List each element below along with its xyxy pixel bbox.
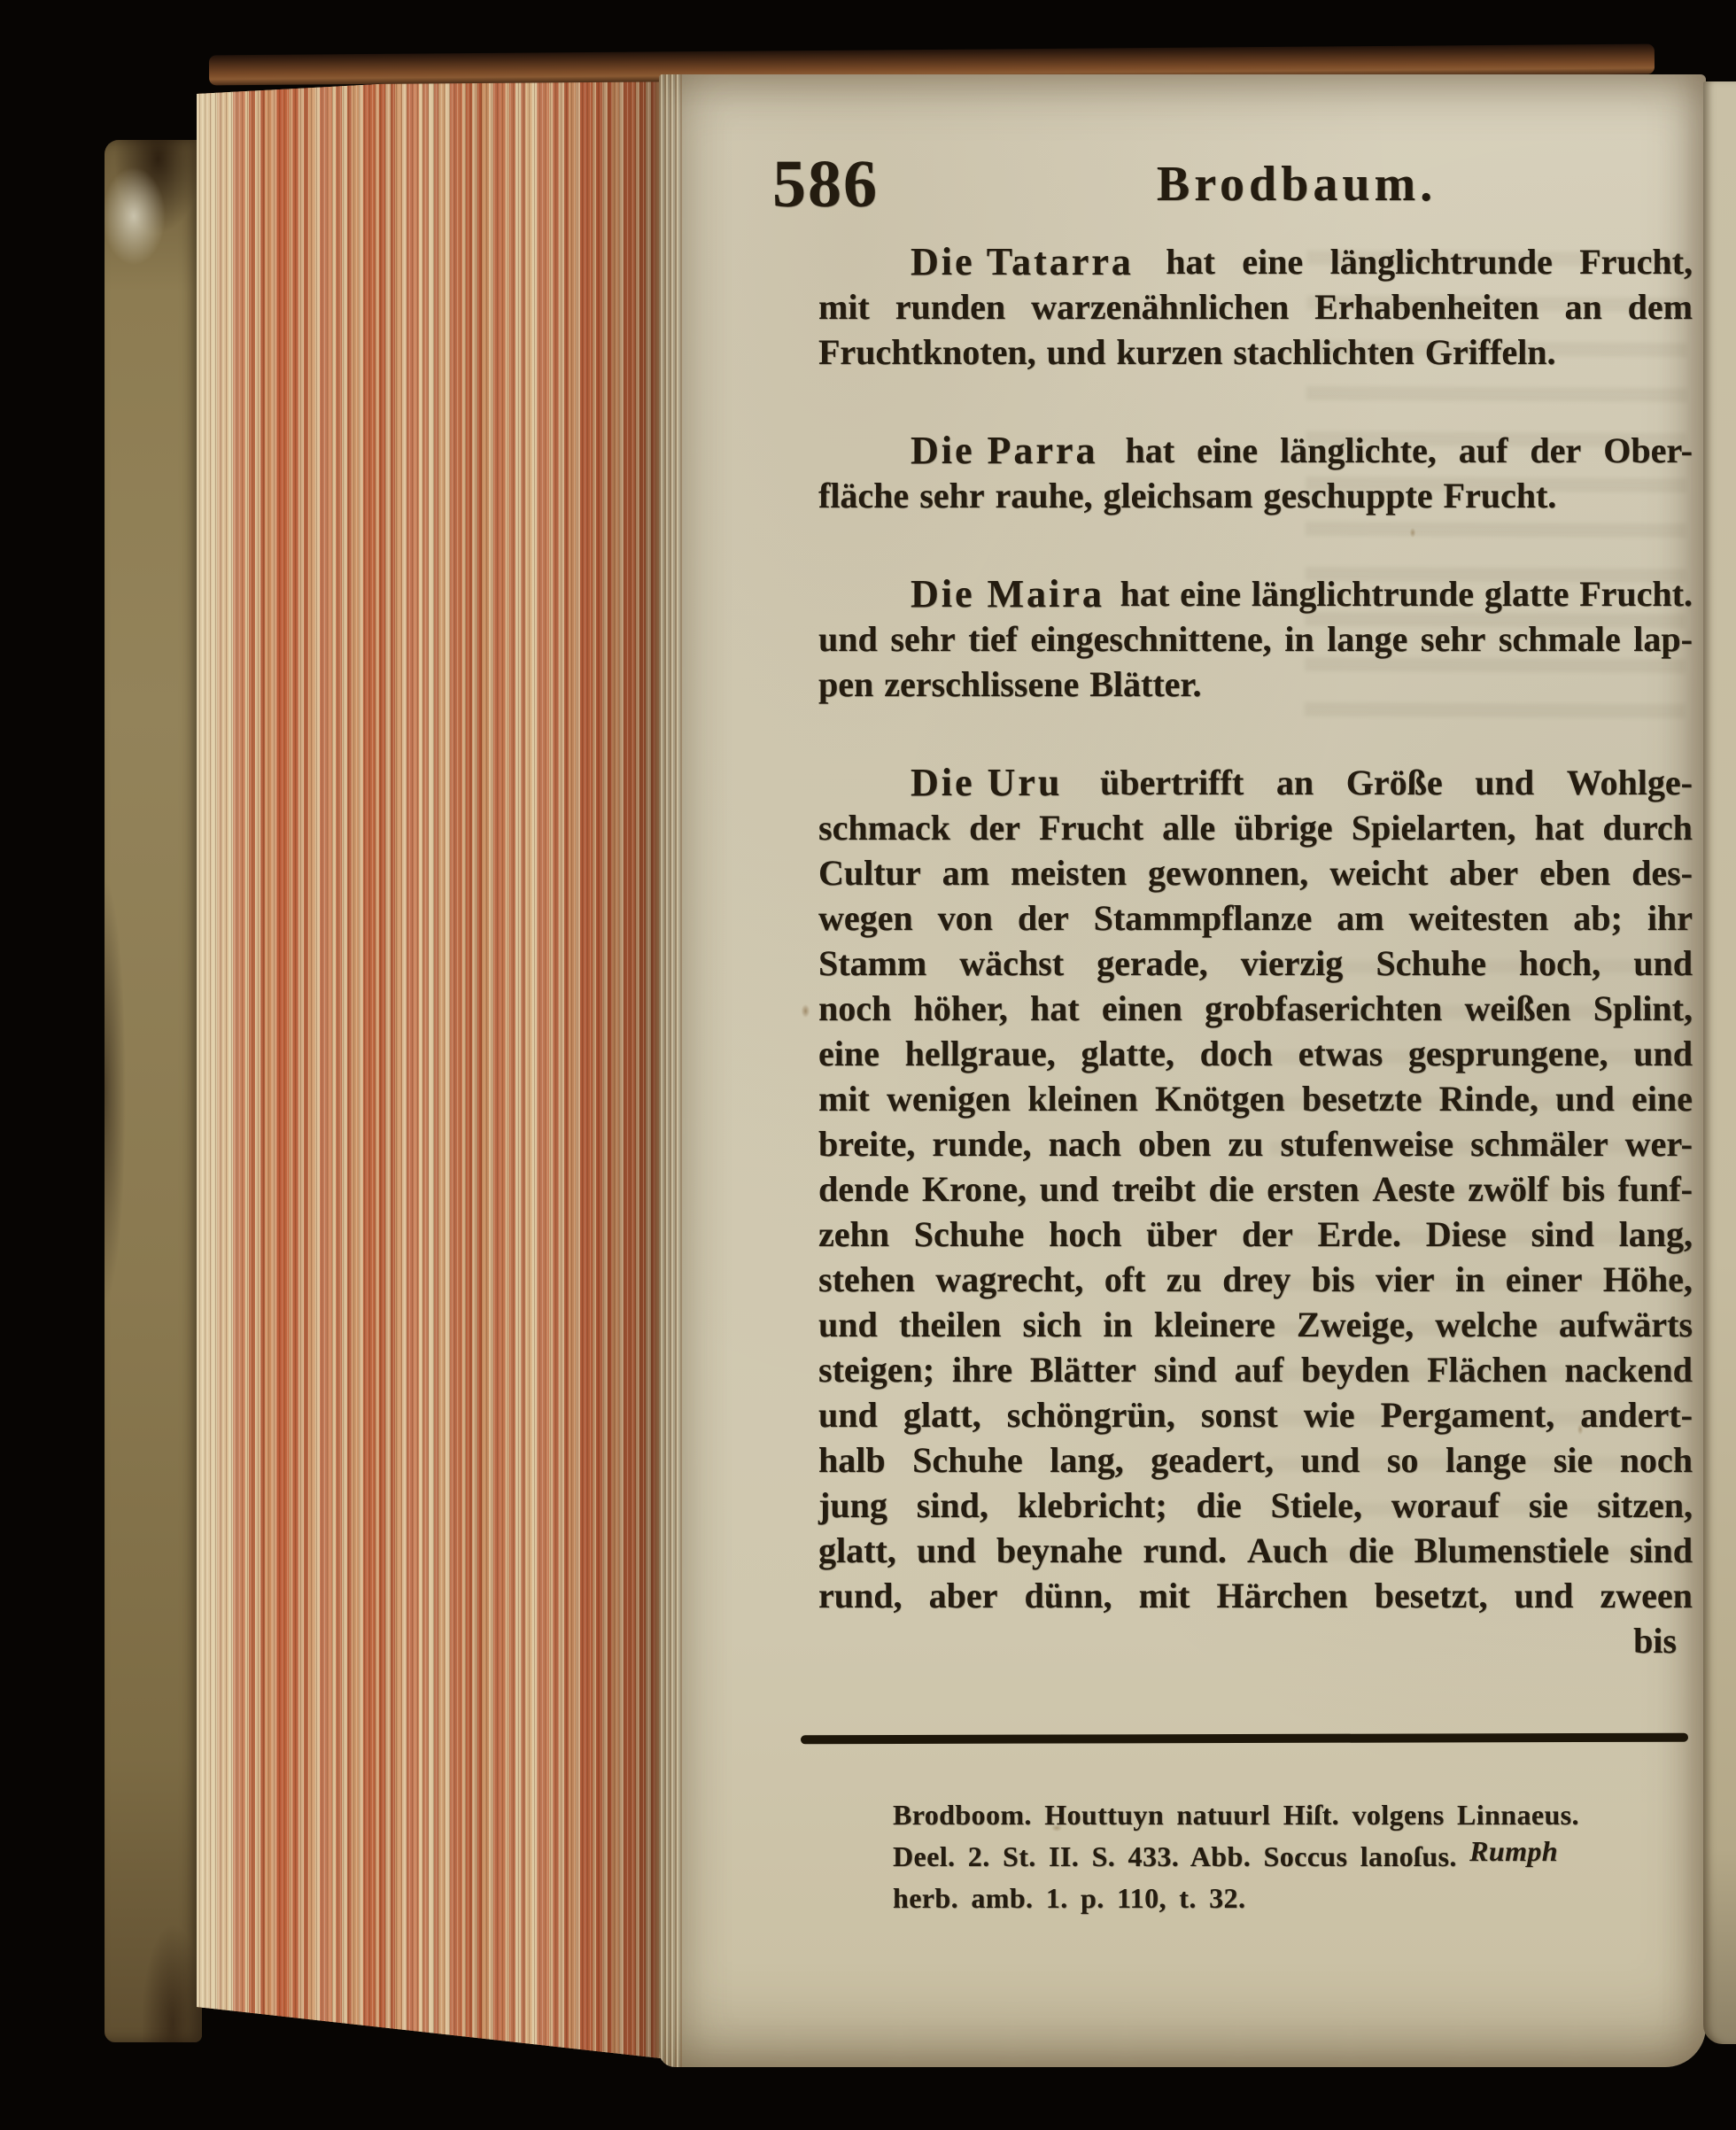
word: gesprungene, bbox=[1408, 1031, 1608, 1076]
word: dende bbox=[818, 1166, 909, 1212]
word: Frucht bbox=[1039, 805, 1143, 850]
word: über bbox=[1146, 1212, 1217, 1257]
word: kleinen bbox=[1027, 1076, 1137, 1121]
word: worauf bbox=[1391, 1483, 1500, 1528]
word: lap- bbox=[1633, 616, 1693, 662]
footnote-source-italic: Rumph bbox=[1457, 1835, 1558, 1867]
word: eine bbox=[1180, 571, 1241, 616]
word: schmäler bbox=[1470, 1121, 1608, 1166]
word: länglichte, bbox=[1280, 428, 1437, 473]
word: sind bbox=[1154, 1347, 1217, 1392]
word: zehn bbox=[818, 1212, 889, 1257]
word: der bbox=[969, 805, 1020, 850]
word: aber bbox=[929, 1573, 998, 1618]
word: ersten bbox=[1267, 1166, 1359, 1212]
word: weicht bbox=[1329, 850, 1428, 895]
word: Schuhe bbox=[914, 1212, 1025, 1257]
word: wer- bbox=[1625, 1121, 1693, 1166]
text-line: rund,aberdünn,mitHärchenbesetzt,undzween bbox=[818, 1573, 1693, 1618]
footnote-line: herb. amb. 1. p. 110, t. 32. bbox=[893, 1878, 1693, 1919]
word: lange bbox=[1445, 1437, 1526, 1483]
word: mit bbox=[818, 284, 870, 329]
word: Ober- bbox=[1603, 428, 1693, 473]
catchword: bis bbox=[818, 1618, 1693, 1663]
word: an bbox=[1564, 284, 1601, 329]
word: glatt, bbox=[818, 1528, 896, 1573]
text-line: zehnSchuhehochüberderErde.Diesesindlang, bbox=[818, 1212, 1693, 1257]
word: einen bbox=[1102, 986, 1182, 1031]
word: tief bbox=[968, 616, 1018, 662]
word: Schuhe bbox=[912, 1437, 1023, 1483]
word: vier bbox=[1376, 1257, 1435, 1302]
word: des- bbox=[1631, 850, 1693, 895]
body-paragraph: Die TatarrahateinelänglichtrundeFrucht,m… bbox=[818, 239, 1693, 375]
word: Wohlge- bbox=[1567, 760, 1693, 805]
body-text: Die TatarrahateinelänglichtrundeFrucht,m… bbox=[818, 239, 1693, 1919]
word: und bbox=[1301, 1437, 1360, 1483]
book-scan-photo: 586 Brodbaum. Die Tatarrahateinelänglich… bbox=[0, 0, 1736, 2130]
word: hat bbox=[1126, 428, 1175, 473]
page-stack-edge bbox=[659, 74, 682, 2067]
word: in bbox=[1284, 616, 1314, 662]
word: Blätter. bbox=[1089, 662, 1201, 707]
word: grobfaserichten bbox=[1205, 986, 1442, 1031]
book-page: 586 Brodbaum. Die Tatarrahateinelänglich… bbox=[659, 74, 1706, 2067]
variety-name: Die Parra bbox=[911, 428, 1103, 473]
word: hat bbox=[1030, 986, 1080, 1031]
word: zwölf bbox=[1468, 1166, 1548, 1212]
word: Stamm bbox=[818, 941, 926, 986]
word: breite, bbox=[818, 1121, 915, 1166]
word: bis bbox=[1312, 1257, 1355, 1302]
word: besetzt, bbox=[1375, 1573, 1488, 1618]
footnote-line: Brodboom. Houttuyn natuurl Hiſt. volgens… bbox=[893, 1794, 1693, 1836]
text-line: breite,runde,nachobenzustufenweiseschmäl… bbox=[818, 1121, 1693, 1166]
word: sehr bbox=[890, 616, 955, 662]
word: lang, bbox=[1050, 1437, 1123, 1483]
word: Auch bbox=[1247, 1528, 1328, 1573]
word: schöngrün, bbox=[1007, 1392, 1175, 1437]
word: Frucht. bbox=[1444, 473, 1557, 518]
variety-name: Die Maira bbox=[911, 571, 1110, 616]
word: etwas bbox=[1298, 1031, 1383, 1076]
body-paragraph: Die Parrahateinelänglichte,aufderOber-fl… bbox=[818, 428, 1693, 518]
word: am bbox=[942, 850, 989, 895]
word: stachlichten bbox=[1233, 329, 1414, 375]
word: stehen bbox=[818, 1257, 915, 1302]
word: andert- bbox=[1580, 1392, 1693, 1437]
cover-board-edge bbox=[105, 140, 202, 2042]
word: meisten bbox=[1011, 850, 1127, 895]
word: Knötgen bbox=[1155, 1076, 1285, 1121]
word: weitesten bbox=[1409, 895, 1549, 941]
word: runden bbox=[895, 284, 1006, 329]
variety-name: Die Uru bbox=[911, 760, 1067, 805]
text-line: jungsind,klebricht;dieStiele,woraufsiesi… bbox=[818, 1483, 1693, 1528]
word: doch bbox=[1200, 1031, 1273, 1076]
text-line: mitwenigenkleinenKnötgenbesetzteRinde,un… bbox=[818, 1076, 1693, 1121]
paragraph-container: Die TatarrahateinelänglichtrundeFrucht,m… bbox=[818, 239, 1693, 1663]
word: ihre bbox=[952, 1347, 1012, 1392]
word: schmack bbox=[818, 805, 950, 850]
text-line: Fruchtknoten,undkurzenstachlichtenGriffe… bbox=[818, 329, 1693, 375]
word: hat bbox=[1120, 571, 1170, 616]
word: rund. bbox=[1143, 1528, 1227, 1573]
variety-name: Die Tatarra bbox=[911, 239, 1139, 284]
word: rauhe, bbox=[996, 473, 1093, 518]
word: weißen bbox=[1464, 986, 1570, 1031]
word: Stiele, bbox=[1271, 1483, 1362, 1528]
word: lange bbox=[1327, 616, 1407, 662]
word: sie bbox=[1529, 1483, 1568, 1528]
word: Aeste bbox=[1372, 1166, 1454, 1212]
word: nackend bbox=[1564, 1347, 1693, 1392]
word: und bbox=[818, 1392, 878, 1437]
footnote-line: Deel. 2. St. II. S. 433. Abb. Soccus lan… bbox=[893, 1836, 1693, 1878]
word: sonst bbox=[1201, 1392, 1278, 1437]
text-line: glatt,undbeynaherund.AuchdieBlumenstiele… bbox=[818, 1528, 1693, 1573]
word: theilen bbox=[899, 1302, 1002, 1347]
text-line: einehellgraue,glatte,dochetwasgesprungen… bbox=[818, 1031, 1693, 1076]
word: glatt, bbox=[903, 1392, 981, 1437]
word: Flächen bbox=[1427, 1347, 1547, 1392]
word: bis bbox=[1562, 1166, 1605, 1212]
word: Frucht. bbox=[1579, 571, 1693, 616]
word: Blätter bbox=[1030, 1347, 1136, 1392]
footnote: Brodboom. Houttuyn natuurl Hiſt. volgens… bbox=[818, 1794, 1693, 1919]
word: sehr bbox=[919, 473, 984, 518]
word: besetzte bbox=[1302, 1076, 1422, 1121]
text-line: halbSchuhelang,geadert,undsolangesienoch bbox=[818, 1437, 1693, 1483]
word: auf bbox=[1235, 1347, 1284, 1392]
word: beynahe bbox=[996, 1528, 1122, 1573]
word: Frucht, bbox=[1579, 239, 1693, 284]
text-line: undsehrtiefeingeschnittene,inlangesehrsc… bbox=[818, 616, 1693, 662]
word: und bbox=[917, 1528, 976, 1573]
word: kleinere bbox=[1154, 1302, 1275, 1347]
word: rund, bbox=[818, 1573, 903, 1618]
word: warzenähnlichen bbox=[1031, 284, 1289, 329]
word: zu bbox=[1166, 1257, 1202, 1302]
word: und bbox=[1555, 1076, 1615, 1121]
word: eingeschnittene, bbox=[1030, 616, 1271, 662]
word: Griffeln. bbox=[1425, 329, 1556, 375]
word: glatte bbox=[1484, 571, 1569, 616]
word: halb bbox=[818, 1437, 886, 1483]
word: alle bbox=[1162, 805, 1215, 850]
word: drey bbox=[1222, 1257, 1290, 1302]
word: dem bbox=[1628, 284, 1693, 329]
text-line: schmackderFruchtalleübrigeSpielarten,hat… bbox=[818, 805, 1693, 850]
fore-edge-page-stripes bbox=[197, 69, 661, 2064]
word: geadert, bbox=[1151, 1437, 1274, 1483]
word: lang, bbox=[1619, 1212, 1693, 1257]
word: und bbox=[1047, 329, 1106, 375]
word: dünn, bbox=[1025, 1573, 1112, 1618]
word: sie bbox=[1554, 1437, 1593, 1483]
word: hoch bbox=[1049, 1212, 1121, 1257]
word: zween bbox=[1600, 1573, 1693, 1618]
word: die bbox=[1348, 1528, 1393, 1573]
word: und bbox=[1515, 1573, 1574, 1618]
word: gleichsam bbox=[1104, 473, 1253, 518]
word: oben bbox=[1138, 1121, 1211, 1166]
text-line: mitrundenwarzenähnlichenErhabenheitenand… bbox=[818, 284, 1693, 329]
text-line: Culturammeistengewonnen,weichtaberebende… bbox=[818, 850, 1693, 895]
text-line: Die Parrahateinelänglichte,aufderOber- bbox=[818, 428, 1693, 473]
word: Rinde, bbox=[1439, 1076, 1538, 1121]
word: der bbox=[1018, 895, 1069, 941]
word: der bbox=[1242, 1212, 1293, 1257]
word: Splint, bbox=[1593, 986, 1693, 1031]
word: Größe bbox=[1346, 760, 1443, 805]
text-line: dendeKrone,undtreibtdieerstenAestezwölfb… bbox=[818, 1166, 1693, 1212]
text-line: Die MairahateinelänglichtrundeglatteFruc… bbox=[818, 571, 1693, 616]
word: wenigen bbox=[887, 1076, 1011, 1121]
word: in bbox=[1455, 1257, 1484, 1302]
word: mit bbox=[818, 1076, 870, 1121]
word: sind, bbox=[917, 1483, 988, 1528]
word: glatte, bbox=[1081, 1031, 1174, 1076]
word: kurzen bbox=[1116, 329, 1222, 375]
word: von bbox=[938, 895, 993, 941]
word: eine bbox=[1631, 1076, 1693, 1121]
word: ab; bbox=[1573, 895, 1623, 941]
text-line: Die UruübertrifftanGrößeundWohlge- bbox=[818, 760, 1693, 805]
word: Blumenstiele bbox=[1414, 1528, 1609, 1573]
text-line: penzerschlisseneBlätter. bbox=[818, 662, 1693, 707]
word: aber bbox=[1449, 850, 1518, 895]
word: länglichtrunde bbox=[1330, 239, 1553, 284]
word: sehr bbox=[1421, 616, 1485, 662]
word: Cultur bbox=[818, 850, 921, 895]
word: wächst bbox=[959, 941, 1064, 986]
running-header: Brodbaum. bbox=[1093, 159, 1500, 209]
word: Pergament, bbox=[1381, 1392, 1555, 1437]
word: sind bbox=[1630, 1528, 1693, 1573]
word: die bbox=[1197, 1483, 1242, 1528]
word: hellgraue, bbox=[905, 1031, 1056, 1076]
word: Höhe, bbox=[1603, 1257, 1693, 1302]
word: und bbox=[1475, 760, 1534, 805]
adjacent-page-strip bbox=[1703, 81, 1736, 2044]
word: und bbox=[1040, 1166, 1099, 1212]
word: der bbox=[1530, 428, 1581, 473]
word: Krone, bbox=[922, 1166, 1027, 1212]
word: eine bbox=[818, 1031, 880, 1076]
body-paragraph: Die UruübertrifftanGrößeundWohlge-schmac… bbox=[818, 760, 1693, 1663]
word: und bbox=[818, 1302, 878, 1347]
text-line: steigen;ihreBlättersindaufbeydenFlächenn… bbox=[818, 1347, 1693, 1392]
word: runde, bbox=[932, 1121, 1031, 1166]
word: Spielarten, bbox=[1352, 805, 1516, 850]
word: höher, bbox=[913, 986, 1007, 1031]
word: noch bbox=[818, 986, 891, 1031]
footnote-rule bbox=[801, 1733, 1688, 1745]
text-line: stehenwagrecht,oftzudreybisvierineinerHö… bbox=[818, 1257, 1693, 1302]
word: und bbox=[1633, 941, 1693, 986]
word: wagrecht, bbox=[935, 1257, 1083, 1302]
word: wie bbox=[1304, 1392, 1355, 1437]
word: Fruchtknoten, bbox=[818, 329, 1036, 375]
page-number: 586 bbox=[772, 151, 879, 218]
word: hoch, bbox=[1519, 941, 1600, 986]
word: welche bbox=[1435, 1302, 1538, 1347]
word: und bbox=[1633, 1031, 1693, 1076]
word: treibt bbox=[1112, 1166, 1196, 1212]
word: vierzig bbox=[1241, 941, 1344, 986]
word: die bbox=[1209, 1166, 1254, 1212]
word: auf bbox=[1459, 428, 1508, 473]
word: eine bbox=[1197, 428, 1258, 473]
word: sind bbox=[1531, 1212, 1594, 1257]
word: Härchen bbox=[1217, 1573, 1348, 1618]
word: aufwärts bbox=[1559, 1302, 1693, 1347]
word: an bbox=[1276, 760, 1314, 805]
word: sich bbox=[1023, 1302, 1082, 1347]
text-line: Die TatarrahateinelänglichtrundeFrucht, bbox=[818, 239, 1693, 284]
word: pen bbox=[818, 662, 873, 707]
word: und bbox=[818, 616, 878, 662]
word: übrige bbox=[1234, 805, 1332, 850]
word: oft bbox=[1104, 1257, 1146, 1302]
word: jung bbox=[818, 1483, 887, 1528]
word: nach bbox=[1049, 1121, 1121, 1166]
word: mit bbox=[1139, 1573, 1190, 1618]
text-line: Stammwächstgerade,vierzigSchuhehoch,und bbox=[818, 941, 1693, 986]
text-line: nochhöher,hateinengrobfaserichtenweißenS… bbox=[818, 986, 1693, 1031]
word: geschuppte bbox=[1263, 473, 1432, 518]
word: hat bbox=[1535, 805, 1585, 850]
word: Zweige, bbox=[1297, 1302, 1414, 1347]
word: wegen bbox=[818, 895, 913, 941]
word: gewonnen, bbox=[1148, 850, 1308, 895]
word: klebricht; bbox=[1018, 1483, 1167, 1528]
word: Stammpflanze bbox=[1094, 895, 1313, 941]
word: sitzen, bbox=[1597, 1483, 1693, 1528]
word: ihr bbox=[1647, 895, 1693, 941]
catchword-text: bis bbox=[1633, 1618, 1677, 1663]
word: zu bbox=[1228, 1121, 1263, 1166]
text-line: wegenvonderStammpflanzeamweitestenab;ihr bbox=[818, 895, 1693, 941]
text-line: undtheilensichinkleinereZweige,welcheauf… bbox=[818, 1302, 1693, 1347]
word: hat bbox=[1166, 239, 1215, 284]
word: stufenweise bbox=[1280, 1121, 1453, 1166]
word: Erde. bbox=[1318, 1212, 1401, 1257]
word: fläche bbox=[818, 473, 909, 518]
word: durch bbox=[1602, 805, 1693, 850]
word: gerade, bbox=[1097, 941, 1208, 986]
word: steigen; bbox=[818, 1347, 934, 1392]
word: Diese bbox=[1426, 1212, 1507, 1257]
word: Schuhe bbox=[1376, 941, 1486, 986]
word: schmale bbox=[1499, 616, 1621, 662]
text-line: undglatt,schöngrün,sonstwiePergament,and… bbox=[818, 1392, 1693, 1437]
word: übertrifft bbox=[1100, 760, 1244, 805]
word: länglichtrunde bbox=[1252, 571, 1474, 616]
word: am bbox=[1337, 895, 1383, 941]
word: eine bbox=[1242, 239, 1303, 284]
word: in bbox=[1103, 1302, 1132, 1347]
body-paragraph: Die MairahateinelänglichtrundeglatteFruc… bbox=[818, 571, 1693, 707]
word: einer bbox=[1506, 1257, 1583, 1302]
word: eben bbox=[1539, 850, 1610, 895]
word: noch bbox=[1620, 1437, 1693, 1483]
word: zerschlissene bbox=[884, 662, 1079, 707]
word: so bbox=[1387, 1437, 1419, 1483]
word: beyden bbox=[1301, 1347, 1409, 1392]
text-line: flächesehrrauhe,gleichsamgeschuppteFruch… bbox=[818, 473, 1693, 518]
word: Erhabenheiten bbox=[1314, 284, 1538, 329]
word: funf- bbox=[1618, 1166, 1693, 1212]
